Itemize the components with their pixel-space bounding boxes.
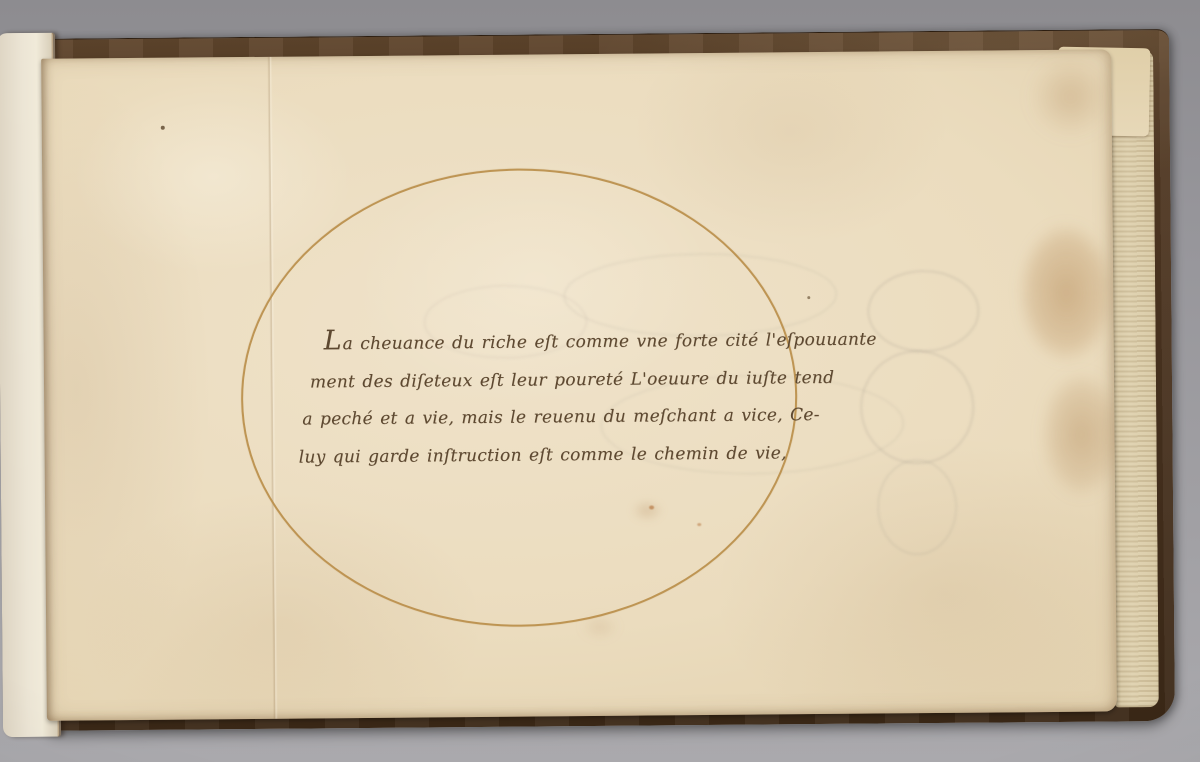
ink-speck — [161, 126, 165, 130]
stain — [1026, 349, 1117, 520]
text-line: La cheuance du riche eſt comme vne forte… — [323, 318, 876, 364]
text-line: luy qui garde inſtruction eſt comme le c… — [299, 434, 878, 477]
stain — [1000, 197, 1116, 388]
ink-speck — [807, 296, 810, 299]
stain — [1015, 49, 1117, 152]
text-line: a peché et a vie, mais le reuenu du meſc… — [302, 397, 877, 440]
calligraphy-text: La cheuance du riche eſt comme vne forte… — [297, 318, 877, 477]
show-through-ghost — [877, 459, 958, 556]
text-line: ment des diſeteux eſt leur poureté L'oeu… — [310, 359, 877, 401]
photo-background: La cheuance du riche eſt comme vne forte… — [0, 0, 1200, 762]
page-stack-edges — [1109, 51, 1159, 707]
manuscript-page: La cheuance du riche eſt comme vne forte… — [41, 49, 1117, 720]
show-through-ghost — [867, 270, 980, 353]
book: La cheuance du riche eſt comme vne forte… — [11, 25, 1175, 735]
